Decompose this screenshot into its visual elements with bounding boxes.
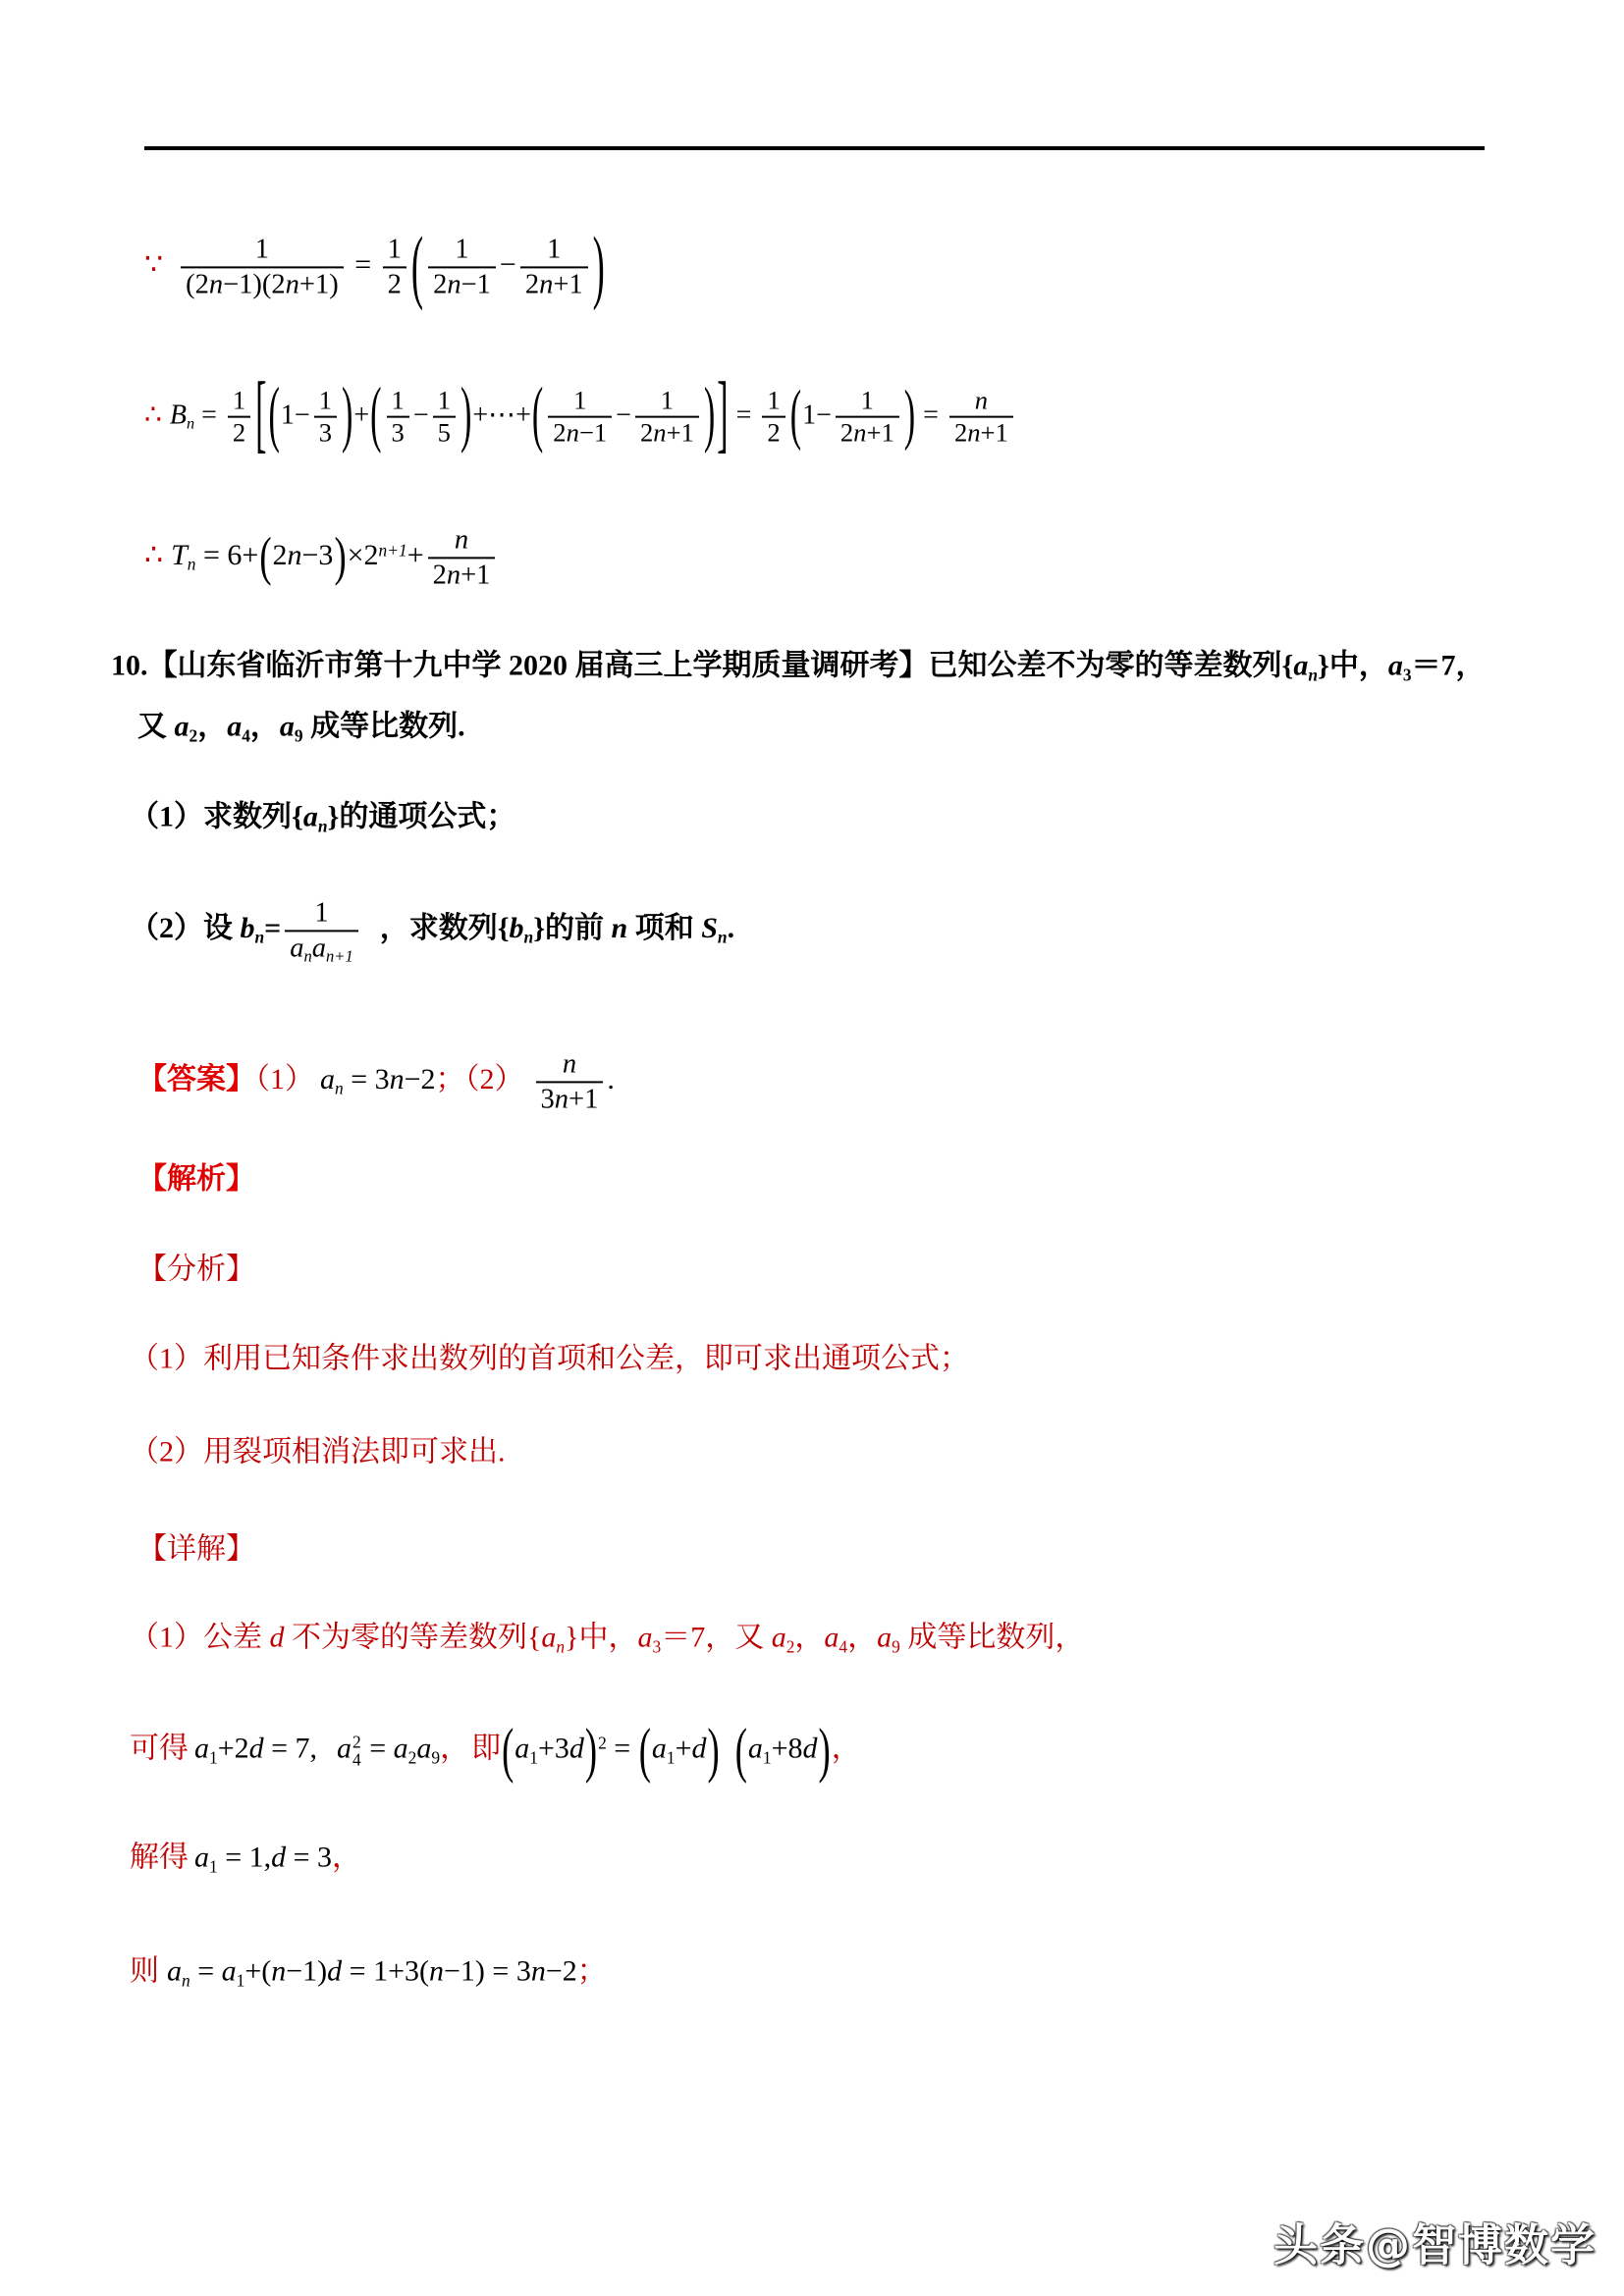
text-token: +1 — [553, 269, 582, 299]
text-token: = — [348, 248, 379, 281]
text-token: = — [730, 400, 759, 430]
analysis-point1: （1）利用已知条件求出数列的首项和公差，即可求出通项公式； — [130, 1340, 969, 1377]
text-token: ； — [436, 1063, 465, 1095]
text-token: 1 — [388, 234, 402, 264]
text-token: 2 — [408, 1747, 417, 1767]
text-token: n — [563, 1048, 576, 1079]
text-token: . — [728, 912, 735, 944]
text-token: 不为零的等差数列{ — [285, 1621, 542, 1653]
text-token: n — [271, 1954, 286, 1987]
text-token: a — [227, 710, 242, 742]
text-token: 项和 — [627, 912, 701, 944]
text-token: +1 — [981, 418, 1008, 448]
text-token: ＝7，又 — [661, 1621, 772, 1653]
text-token: = 6+ — [195, 539, 258, 571]
text-token: −2 — [405, 1063, 436, 1095]
text-token: n — [390, 1063, 405, 1095]
text-token: a — [194, 1732, 209, 1764]
text-token: n — [555, 1084, 568, 1114]
text-token: = — [264, 912, 281, 944]
text-token: }中， — [1318, 649, 1388, 681]
text-token: ； — [577, 1954, 607, 1987]
text-token: 1 — [209, 1747, 218, 1767]
text-token: T — [171, 539, 188, 571]
math-fraction: 13 — [314, 386, 337, 450]
text-token: d — [327, 1954, 342, 1987]
text-token: ， — [832, 1732, 861, 1764]
text-token: a — [748, 1732, 763, 1764]
math-fraction: n2n+1 — [949, 386, 1013, 450]
stretchy-delimiter: ] — [717, 378, 728, 456]
text-token: n — [556, 1636, 565, 1656]
text-token: n — [429, 1954, 444, 1987]
text-token: n — [182, 1970, 190, 1990]
text-token: a — [1293, 649, 1308, 681]
text-token: 9 — [431, 1747, 440, 1767]
text-token: 已知公差不为零的等差数列{ — [929, 649, 1294, 681]
text-token: 3 — [653, 1636, 662, 1656]
text-token: +1 — [667, 418, 694, 448]
math-fraction: 1(2n−1)(2n+1) — [181, 233, 344, 300]
text-token: d — [271, 1841, 286, 1873]
text-token: 则 — [130, 1954, 159, 1987]
text-token: 【解析】 — [137, 1162, 255, 1195]
text-token: a — [394, 1732, 408, 1764]
text-token: a — [416, 1732, 431, 1764]
text-token: 1 — [255, 234, 269, 264]
top-horizontal-rule — [144, 146, 1485, 150]
text-token: 【详解】 — [137, 1532, 255, 1565]
text-token: 2 — [840, 418, 853, 448]
text-token: （1）公差 — [130, 1621, 270, 1653]
text-token: d — [692, 1732, 707, 1764]
detail-equation3: 则an = a1+(n−1)d = 1+3(n−1) = 3n−2； — [130, 1952, 607, 1990]
text-token: = 1, — [218, 1841, 271, 1873]
text-token: 5 — [438, 418, 451, 448]
text-token: ， — [794, 1621, 824, 1653]
stretchy-delimiter: ( — [502, 1723, 514, 1778]
text-token: 2 — [640, 418, 653, 448]
text-token: 成等比数列. — [303, 710, 465, 742]
text-token: ∴ — [144, 539, 163, 571]
text-token: 解得 — [130, 1841, 189, 1873]
text-token: n — [531, 1954, 546, 1987]
text-token: 9 — [295, 725, 303, 745]
text-token: a — [280, 710, 295, 742]
text-token: 1 — [547, 234, 561, 264]
text-token: （2）设 — [130, 912, 241, 944]
text-token: d — [249, 1732, 264, 1764]
text-token: n — [255, 928, 265, 947]
text-token: 3 — [1403, 665, 1412, 684]
stretchy-delimiter: ) — [334, 533, 346, 581]
text-token: n — [539, 269, 553, 299]
stretchy-delimiter: ( — [259, 533, 271, 581]
text-token: n — [1308, 665, 1318, 684]
text-token: a — [194, 1841, 209, 1873]
text-token: ， — [332, 1841, 361, 1873]
text-token: 1 — [233, 386, 245, 415]
stretchy-delimiter: ) — [585, 1723, 597, 1778]
text-token: n — [286, 269, 299, 299]
text-token: = 3 — [344, 1063, 390, 1095]
text-token: 10. — [111, 649, 148, 681]
problem10-condition: 又 a2，a4，a9 成等比数列. — [137, 708, 465, 745]
text-token: 1 — [529, 1747, 538, 1767]
text-token: 9 — [892, 1636, 900, 1656]
text-token: a — [337, 1732, 352, 1764]
text-token: 2 — [273, 539, 288, 571]
text-token: 1 — [861, 386, 874, 415]
text-token: n — [718, 928, 728, 947]
stretchy-delimiter: ) — [708, 1723, 720, 1778]
math-fraction: n3n+1 — [536, 1047, 604, 1115]
text-token: n — [567, 418, 579, 448]
text-token: + — [407, 539, 424, 571]
text-token: −2 — [546, 1954, 577, 1987]
text-token: = — [194, 400, 224, 430]
text-token: 2 — [786, 1636, 795, 1656]
text-token: ， — [440, 1732, 469, 1764]
text-token: n — [653, 418, 666, 448]
text-token: ∵ — [144, 248, 163, 281]
stretchy-delimiter: ) — [593, 230, 605, 304]
text-token: a — [320, 1063, 335, 1095]
text-token: −1) = 3 — [444, 1954, 531, 1987]
text-token: 2 — [189, 725, 198, 745]
text-token: 1− — [281, 400, 310, 430]
text-token: （2） — [465, 1063, 524, 1095]
text-token: ，求数列{ — [380, 912, 510, 944]
stretchy-delimiter: ( — [532, 384, 543, 451]
text-token: −1 — [223, 269, 252, 299]
text-token: +8 — [772, 1732, 803, 1764]
text-token: n — [447, 269, 460, 299]
text-token: 1 — [319, 386, 332, 415]
math-fraction: 12n−1 — [428, 233, 496, 300]
text-token: n — [455, 524, 468, 555]
text-token: 4 — [839, 1636, 847, 1656]
text-token: = — [916, 400, 946, 430]
math-fraction: 1anan+1 — [285, 896, 357, 964]
text-token: d — [803, 1732, 818, 1764]
text-token: n — [187, 415, 194, 433]
text-token: d — [569, 1732, 584, 1764]
text-token: ＝7， — [1412, 649, 1486, 681]
text-token: ×2 — [348, 539, 379, 571]
text-token: 4 — [242, 725, 250, 745]
text-token: +⋯+ — [472, 400, 531, 430]
tag-jiexi: 【解析】 — [137, 1160, 255, 1198]
text-token: }的前 — [533, 912, 611, 944]
problem10-question2: （2）设 bn=1anan+1，求数列{bn}的前 n 项和 Sn. — [130, 896, 734, 964]
text-token: −3 — [302, 539, 334, 571]
text-token: b — [510, 912, 524, 944]
stretchy-delimiter: ( — [639, 1723, 651, 1778]
formula-bn-telescoping-sum: ∴Bn = 12[(1−13)+(13−15)+⋯+(12n−1−12n+1)]… — [144, 386, 1017, 450]
text-token: = 3 — [286, 1841, 332, 1873]
math-fraction: 15 — [433, 386, 456, 450]
text-token: （1）利用已知条件求出数列的首项和公差，即可求出通项公式； — [130, 1342, 969, 1374]
document-page: ∵1(2n−1)(2n+1) = 12(12n−1−12n+1) ∴Bn = 1… — [0, 0, 1624, 2296]
text-token: 1 — [661, 386, 674, 415]
math-fraction: 12n+1 — [635, 386, 699, 450]
text-token: 1 — [392, 386, 405, 415]
text-token: a — [1388, 649, 1403, 681]
text-token: 1 — [763, 1747, 772, 1767]
text-token: +1 — [460, 560, 490, 590]
math-supsub-stack: 24 — [352, 1733, 361, 1769]
text-token: ， — [250, 710, 280, 742]
text-token: +( — [244, 1954, 271, 1987]
text-token: n — [967, 418, 980, 448]
analysis-point2: （2）用裂项相消法即可求出. — [130, 1433, 506, 1470]
text-token: 成等比数列， — [900, 1621, 1085, 1653]
text-token: ∴ — [144, 400, 162, 430]
text-token: n — [188, 555, 196, 574]
text-token: 1 — [438, 386, 451, 415]
text-token: b — [241, 912, 255, 944]
text-token: 1 — [667, 1747, 676, 1767]
stretchy-delimiter: ) — [904, 387, 915, 447]
text-token: n — [524, 928, 534, 947]
math-fraction: 12 — [228, 386, 250, 450]
text-token: 3 — [319, 418, 332, 448]
math-fraction: 12 — [383, 233, 406, 300]
text-token: n — [853, 418, 866, 448]
text-token: )(2 — [252, 269, 285, 299]
detail-intro: （1）公差 d 不为零的等差数列{an}中，a3＝7，又 a2，a4，a9 成等… — [130, 1619, 1084, 1656]
stretchy-delimiter: ( — [269, 384, 280, 451]
text-token: n — [612, 912, 628, 944]
text-token: (2 — [186, 269, 209, 299]
text-token: 1 — [209, 1856, 218, 1876]
math-fraction: n2n+1 — [428, 523, 496, 591]
text-token: d — [270, 1621, 285, 1653]
text-token: 【山东省临沂市第十九中学 2020 届高三上学期质量调研考】 — [148, 649, 929, 681]
text-token: }的通项公式； — [328, 800, 516, 832]
text-token: 2 — [388, 269, 402, 299]
text-token: 2 — [598, 1734, 607, 1753]
text-token: S — [701, 912, 718, 944]
text-token: a — [514, 1732, 529, 1764]
text-token: +1 — [866, 418, 893, 448]
math-fraction: 12n−1 — [548, 386, 612, 450]
text-token: a — [772, 1621, 786, 1653]
text-token: a — [877, 1621, 892, 1653]
text-token: ， — [847, 1621, 877, 1653]
text-token: − — [413, 400, 429, 430]
detail-equation1: 可得a1+2d = 7,a24 = a2a9，即(a1+3d)2 = (a1+d… — [130, 1730, 861, 1768]
text-token: 【分析】 — [137, 1253, 255, 1285]
text-token: + — [353, 400, 369, 430]
stretchy-delimiter: ) — [819, 1723, 831, 1778]
tag-xiangjie: 【详解】 — [137, 1530, 255, 1568]
watermark: 头条@智博数学 — [1273, 2210, 1597, 2273]
text-token: − — [616, 400, 631, 430]
text-token: }中， — [565, 1621, 637, 1653]
text-token: −1 — [579, 418, 607, 448]
text-token: 2 — [233, 418, 245, 448]
text-token: n — [318, 816, 328, 835]
text-token: 1− — [802, 400, 832, 430]
text-token: 1 — [237, 1970, 245, 1990]
text-token: a — [290, 933, 303, 963]
text-token: −1 — [461, 269, 491, 299]
text-token: 1 — [573, 386, 586, 415]
text-token: 1 — [314, 897, 328, 928]
text-token: +1 — [568, 1084, 598, 1114]
text-token: −1) — [286, 1954, 327, 1987]
text-token: （2）用裂项相消法即可求出. — [130, 1435, 506, 1468]
text-token: = — [362, 1732, 394, 1764]
stretchy-delimiter: ( — [411, 230, 423, 304]
text-token: 即 — [471, 1732, 501, 1764]
text-token: a — [541, 1621, 556, 1653]
text-token: 又 — [137, 710, 175, 742]
text-token: n — [288, 539, 302, 571]
formula-partial-fraction-identity: ∵1(2n−1)(2n+1) = 12(12n−1−12n+1) — [144, 233, 606, 300]
detail-equation2: 解得a1 = 1,d = 3， — [130, 1839, 361, 1876]
text-token: . — [607, 1063, 615, 1095]
text-token: 1 — [455, 234, 468, 264]
text-token: n+1 — [379, 540, 407, 560]
text-token: +2 — [218, 1732, 249, 1764]
text-token: a — [175, 710, 189, 742]
text-token: ， — [197, 710, 227, 742]
math-fraction: 12n+1 — [520, 233, 588, 300]
text-token: 【答案】 — [137, 1063, 255, 1095]
math-fraction: 13 — [387, 386, 409, 450]
text-token: a — [222, 1954, 237, 1987]
text-token: ) — [329, 269, 339, 299]
stretchy-delimiter: ( — [735, 1723, 747, 1778]
math-fraction: 12n+1 — [836, 386, 899, 450]
text-token: a — [167, 1954, 182, 1987]
text-token: − — [500, 248, 516, 281]
stretchy-delimiter: ) — [704, 384, 715, 451]
text-token: 2 — [433, 560, 447, 590]
text-token: 1 — [767, 386, 780, 415]
text-token: + — [676, 1732, 692, 1764]
text-token: = — [190, 1954, 222, 1987]
problem10-heading: 10.【山东省临沂市第十九中学 2020 届高三上学期质量调研考】已知公差不为零… — [111, 647, 1486, 684]
answer-line: 【答案】（1）an = 3n−2；（2）n3n+1. — [137, 1047, 615, 1115]
text-token: n — [209, 269, 223, 299]
tag-fenxi: 【分析】 — [137, 1251, 255, 1288]
text-token: 2 — [553, 418, 566, 448]
text-token: a — [303, 800, 318, 832]
math-fraction: 12 — [762, 386, 785, 450]
stretchy-delimiter: ( — [370, 384, 381, 451]
stretchy-delimiter: ( — [790, 387, 801, 447]
text-token: n — [975, 386, 988, 415]
text-token: a — [312, 933, 326, 963]
text-token: a — [638, 1621, 653, 1653]
text-token: n — [335, 1079, 344, 1098]
text-token: = 1+3( — [342, 1954, 429, 1987]
formula-tn-result: ∴Tn = 6+(2n−3)×2n+1+n2n+1 — [144, 523, 499, 591]
text-token: 2 — [767, 418, 780, 448]
text-token: 2 — [433, 269, 447, 299]
text-token: 3 — [541, 1084, 555, 1114]
text-token: 2 — [954, 418, 967, 448]
text-token: a — [824, 1621, 839, 1653]
text-token: n — [447, 560, 460, 590]
text-token: B — [170, 400, 187, 430]
text-token: n — [304, 946, 312, 965]
stretchy-delimiter: [ — [255, 378, 266, 456]
text-token: 2 — [525, 269, 539, 299]
problem10-question1: （1）求数列{an}的通项公式； — [130, 798, 515, 835]
text-token: （1） — [255, 1063, 314, 1095]
text-token: = — [607, 1732, 638, 1764]
text-token: a — [652, 1732, 667, 1764]
text-token: = 7, — [264, 1732, 317, 1764]
text-token: 可得 — [130, 1732, 189, 1764]
text-token: +3 — [538, 1732, 569, 1764]
text-token: 3 — [392, 418, 405, 448]
stretchy-delimiter: ) — [342, 384, 352, 451]
text-token: +1 — [299, 269, 329, 299]
text-token: n+1 — [326, 946, 353, 965]
text-token: （1）求数列{ — [130, 800, 303, 832]
stretchy-delimiter: ) — [460, 384, 471, 451]
